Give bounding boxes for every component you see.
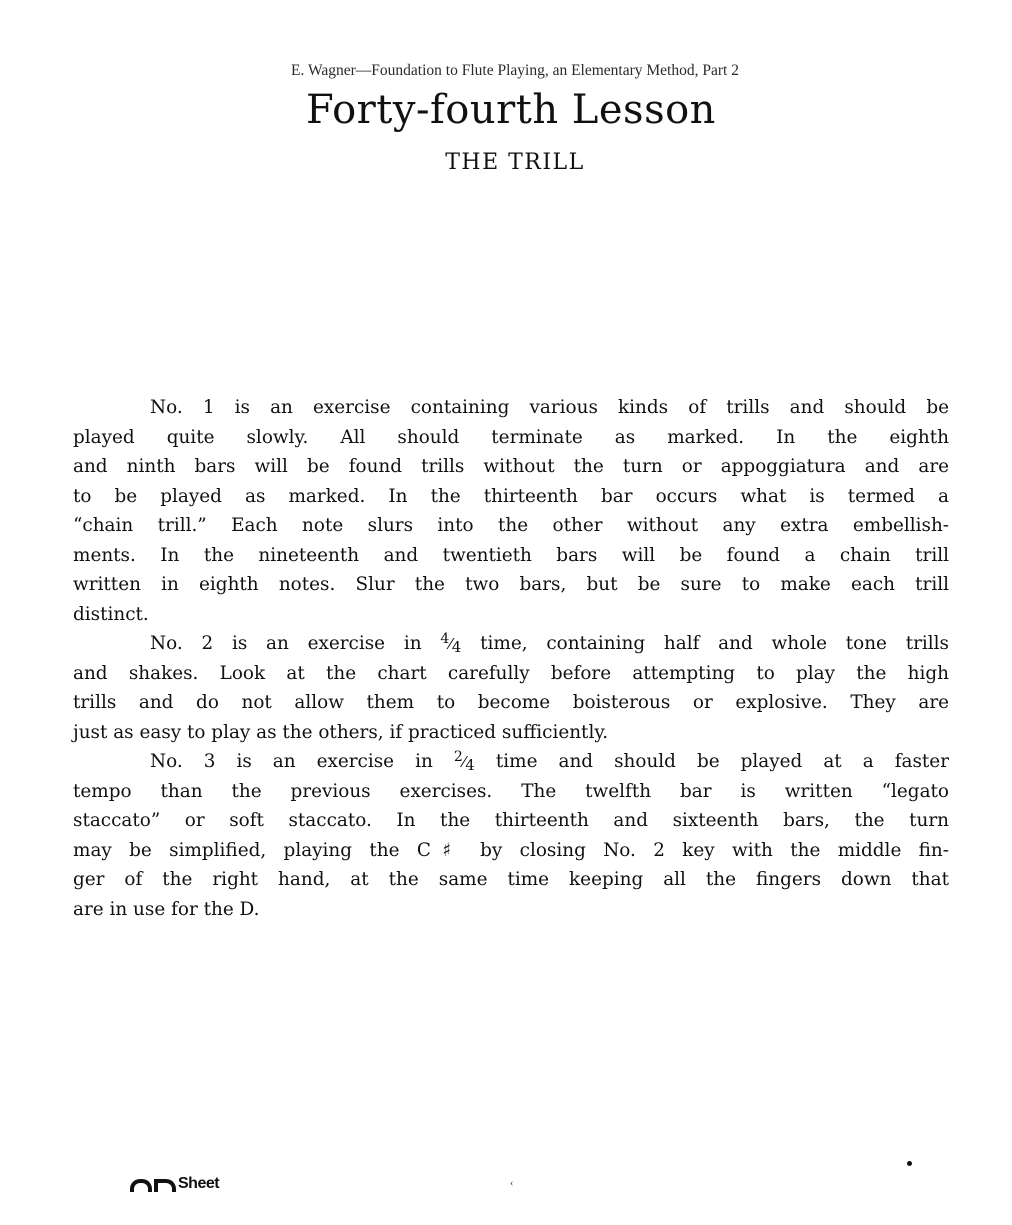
paragraph-3: No. 3 is an exercise in 2⁄4 time and sho… [73, 747, 949, 924]
running-head: E. Wagner—Foundation to Flute Playing, a… [0, 62, 1012, 80]
paragraph-1: No. 1 is an exercise containing various … [73, 393, 949, 629]
text-line: No. 1 is an exercise containing various … [73, 393, 949, 423]
text-line: played quite slowly. All should terminat… [73, 423, 949, 453]
text-line: distinct. [73, 600, 949, 630]
text-line: may be simplified, playing the C♯ by clo… [73, 836, 949, 866]
lesson-subtitle: THE TRILL [0, 150, 1012, 175]
fraction-numerator: 4 [440, 631, 449, 647]
text-line: tempo than the previous exercises. The t… [73, 777, 949, 807]
text-line: ger of the right hand, at the same time … [73, 865, 949, 895]
page-mark: ‹ [510, 1178, 513, 1189]
document-page: E. Wagner—Foundation to Flute Playing, a… [0, 0, 1012, 1225]
text-line: “chain trill.” Each note slurs into the … [73, 511, 949, 541]
body-text: No. 1 is an exercise containing various … [73, 393, 949, 924]
text-line: No. 2 is an exercise in 4⁄4 time, contai… [73, 629, 949, 659]
text-line: and ninth bars will be found trills with… [73, 452, 949, 482]
text-line: trills and do not allow them to become b… [73, 688, 949, 718]
logo-d-icon [154, 1179, 176, 1192]
text-line: staccato” or soft staccato. In the thirt… [73, 806, 949, 836]
scan-dot [907, 1161, 912, 1166]
text-line: and shakes. Look at the chart carefully … [73, 659, 949, 689]
text-fragment: time, containing half and whole tone tri… [480, 633, 949, 654]
time-signature-fraction: 4⁄4 [440, 635, 461, 653]
time-signature-fraction: 2⁄4 [454, 753, 475, 771]
fraction-denominator: 4 [452, 638, 462, 656]
watermark-logo: Sheet [130, 1172, 219, 1192]
fraction-denominator: 4 [465, 756, 475, 774]
logo-icon [130, 1179, 176, 1192]
text-line: written in eighth notes. Slur the two ba… [73, 570, 949, 600]
logo-text: Sheet [178, 1176, 219, 1192]
text-line: are in use for the D. [73, 895, 949, 925]
text-line: No. 3 is an exercise in 2⁄4 time and sho… [73, 747, 949, 777]
paragraph-2: No. 2 is an exercise in 4⁄4 time, contai… [73, 629, 949, 747]
fraction-numerator: 2 [454, 749, 463, 765]
lesson-title: Forty-fourth Lesson [0, 87, 1012, 133]
text-line: just as easy to play as the others, if p… [73, 718, 949, 748]
text-fragment: No. 2 is an exercise in [150, 633, 422, 654]
text-fragment: time and should be played at a faster [496, 751, 949, 772]
text-line: ments. In the nineteenth and twentieth b… [73, 541, 949, 571]
text-line: to be played as marked. In the thirteent… [73, 482, 949, 512]
text-fragment: No. 3 is an exercise in [150, 751, 433, 772]
logo-arch-icon [130, 1179, 152, 1192]
